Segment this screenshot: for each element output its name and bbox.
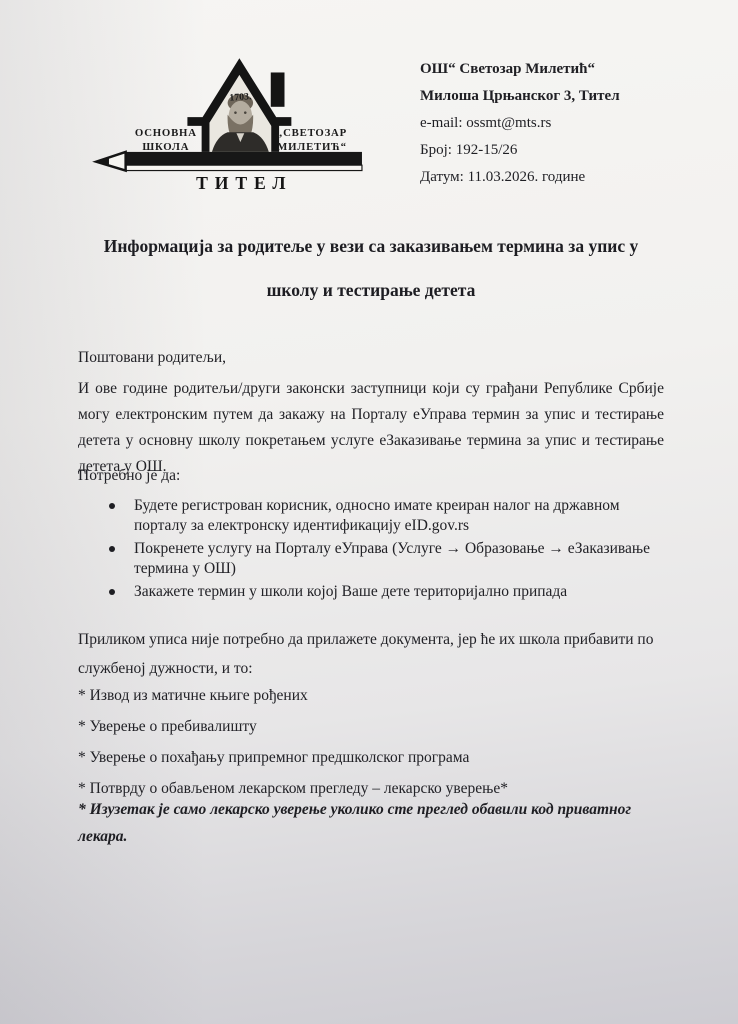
title-line2: школу и тестирање детета [78, 268, 664, 312]
school-address: Милоша Црњанског 3, Тител [420, 83, 680, 110]
school-email: e-mail: ossmt@mts.rs [420, 110, 680, 137]
school-name: ОШ“ Светозар Милетић“ [420, 56, 680, 83]
document-title: Информација за родитеље у вези са закази… [78, 224, 664, 312]
requirements-list: Будете регистрован корисник, односно има… [78, 496, 664, 605]
logo-left-line2: ШКОЛА [142, 141, 189, 153]
footnote: * Изузетак је само лекарско уверење укол… [78, 796, 664, 850]
logo-right-line2: МИЛЕТИЋ“ [277, 141, 347, 153]
school-info: ОШ“ Светозар Милетић“ Милоша Црњанског 3… [420, 56, 680, 191]
school-logo-graphic: 1703. ОСНОВНА ШКОЛА „СВЕТОЗАР МИЛЕТИЋ“ Т… [86, 46, 381, 198]
document-item: * Уверење о похађању припремног предшкол… [78, 749, 664, 767]
documents-list: * Извод из матичне књиге рођених * Увере… [78, 687, 664, 811]
document-date: Датум: 11.03.2026. године [420, 164, 680, 191]
logo-city: ТИТЕЛ [196, 173, 292, 193]
documents-intro: Приликом уписа није потребно да прилажет… [78, 625, 664, 683]
document-item: * Извод из матичне књиге рођених [78, 687, 664, 705]
logo-right-line1: „СВЕТОЗАР [277, 127, 347, 139]
document-page: 1703. ОСНОВНА ШКОЛА „СВЕТОЗАР МИЛЕТИЋ“ Т… [0, 0, 738, 1024]
pencil-icon [96, 152, 362, 171]
logo-year: 1703. [229, 91, 252, 104]
list-item: Будете регистрован корисник, односно има… [78, 496, 664, 536]
document-item: * Уверење о пребивалишту [78, 718, 664, 736]
logo-left-line1: ОСНОВНА [135, 127, 197, 139]
requirements-label: Потребно је да: [78, 466, 664, 486]
title-line1: Информација за родитеље у вези са закази… [78, 224, 664, 268]
list-item: Закажете термин у школи којој Ваше дете … [78, 582, 664, 602]
school-logo: 1703. ОСНОВНА ШКОЛА „СВЕТОЗАР МИЛЕТИЋ“ Т… [86, 46, 381, 198]
salutation: Поштовани родитељи, [78, 348, 664, 368]
list-item: Покренете услугу на Порталу еУправа (Усл… [78, 539, 664, 579]
intro-paragraph: И ове године родитељи/други законски зас… [78, 376, 664, 480]
document-number: Број: 192-15/26 [420, 137, 680, 164]
